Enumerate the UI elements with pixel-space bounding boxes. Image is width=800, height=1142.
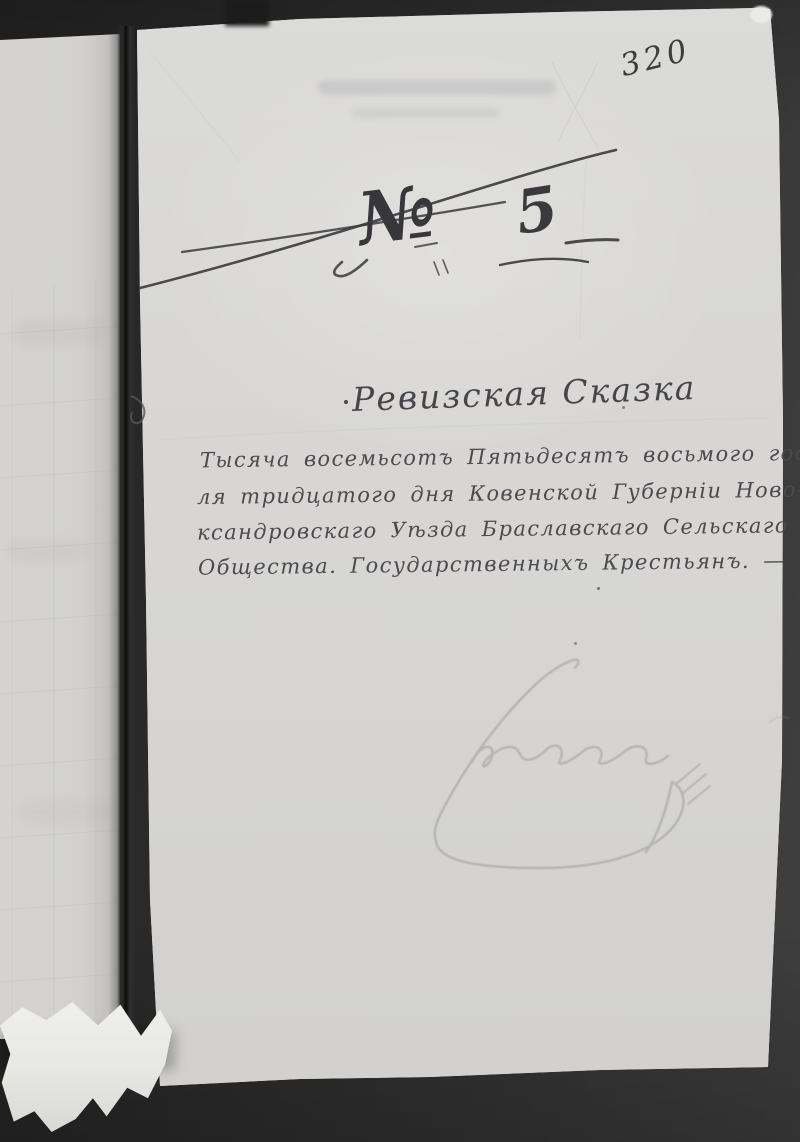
archival-scan: 320 № 5 Ревизская Сказка Тысяча восемьсо… (0, 0, 800, 1142)
pencil-scribble (0, 0, 800, 1142)
